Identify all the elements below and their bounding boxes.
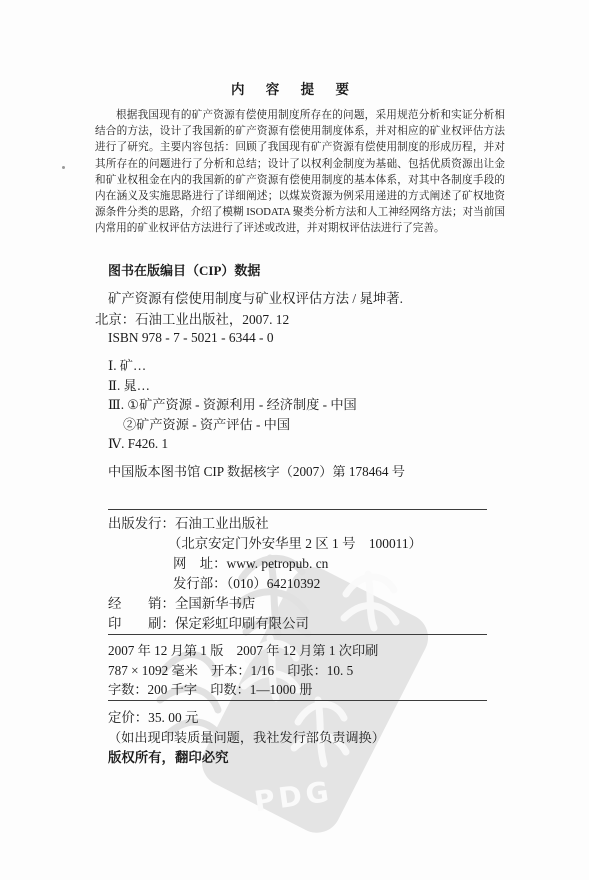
publisher-website-row: 网 址：www. petropub. cn [108,554,422,574]
isbn-line: ISBN 978 - 7 - 5021 - 6344 - 0 [108,330,274,346]
cip-entry-4: Ⅳ. F426. 1 [108,434,357,454]
cip-entry-2: Ⅱ. 晁… [108,376,357,396]
book-copyright-page: PDG 内 容 提 要 根据我国现有的矿产资源有偿使用制度所存在的问题，采用规范… [0,0,589,880]
price-line: 定价：35. 00 元 [108,707,198,726]
copyright-notice: 版权所有，翻印必究 [108,747,229,766]
cip-title-line: 矿产资源有偿使用制度与矿业权评估方法 / 晁坤著. [108,288,403,307]
publisher-block: 出版发行：石油工业出版社 （北京安定门外安华里 2 区 1 号 100011） … [108,514,422,634]
cip-catalog-list: Ⅰ. 矿… Ⅱ. 晁… Ⅲ. ①矿产资源 - 资源利用 - 经济制度 - 中国 … [108,356,357,454]
divider-line-2 [108,634,487,635]
exchange-note: （如出现印装质量问题，我社发行部负责调换） [108,727,385,746]
cip-publisher-line: 北京：石油工业出版社，2007. 12 [95,309,289,328]
publisher-address-row: （北京安定门外安华里 2 区 1 号 100011） [108,534,422,554]
distributor-row: 经 销：全国新华书店 [108,594,422,614]
scan-speck [62,166,65,169]
format-row: 787 × 1092 毫米 开本：1/16 印张：10. 5 [108,661,378,681]
cip-entry-3: Ⅲ. ①矿产资源 - 资源利用 - 经济制度 - 中国 [108,395,357,415]
wordcount-row: 字数：200 千字 印数：1—1000 册 [108,680,378,700]
edition-row: 2007 年 12 月第 1 版 2007 年 12 月第 1 次印刷 [108,641,378,661]
divider-line-3 [108,700,487,701]
cip-entry-1: Ⅰ. 矿… [108,356,357,376]
abstract-paragraph: 根据我国现有的矿产资源有偿使用制度所存在的问题，采用规范分析和实证分析相结合的方… [95,108,505,238]
print-info-block: 2007 年 12 月第 1 版 2007 年 12 月第 1 次印刷 787 … [108,641,378,700]
cip-entry-3b: ②矿产资源 - 资产评估 - 中国 [108,415,357,435]
printer-row: 印 刷：保定彩虹印刷有限公司 [108,614,422,634]
publisher-row: 出版发行：石油工业出版社 [108,514,422,534]
cip-section-heading: 图书在版编目（CIP）数据 [108,260,260,279]
abstract-heading: 内 容 提 要 [0,78,589,98]
divider-line-1 [108,509,487,510]
publisher-phone-row: 发行部：（010）64210392 [108,574,422,594]
cip-record-number-line: 中国版本图书馆 CIP 数据核字（2007）第 178464 号 [108,461,405,480]
